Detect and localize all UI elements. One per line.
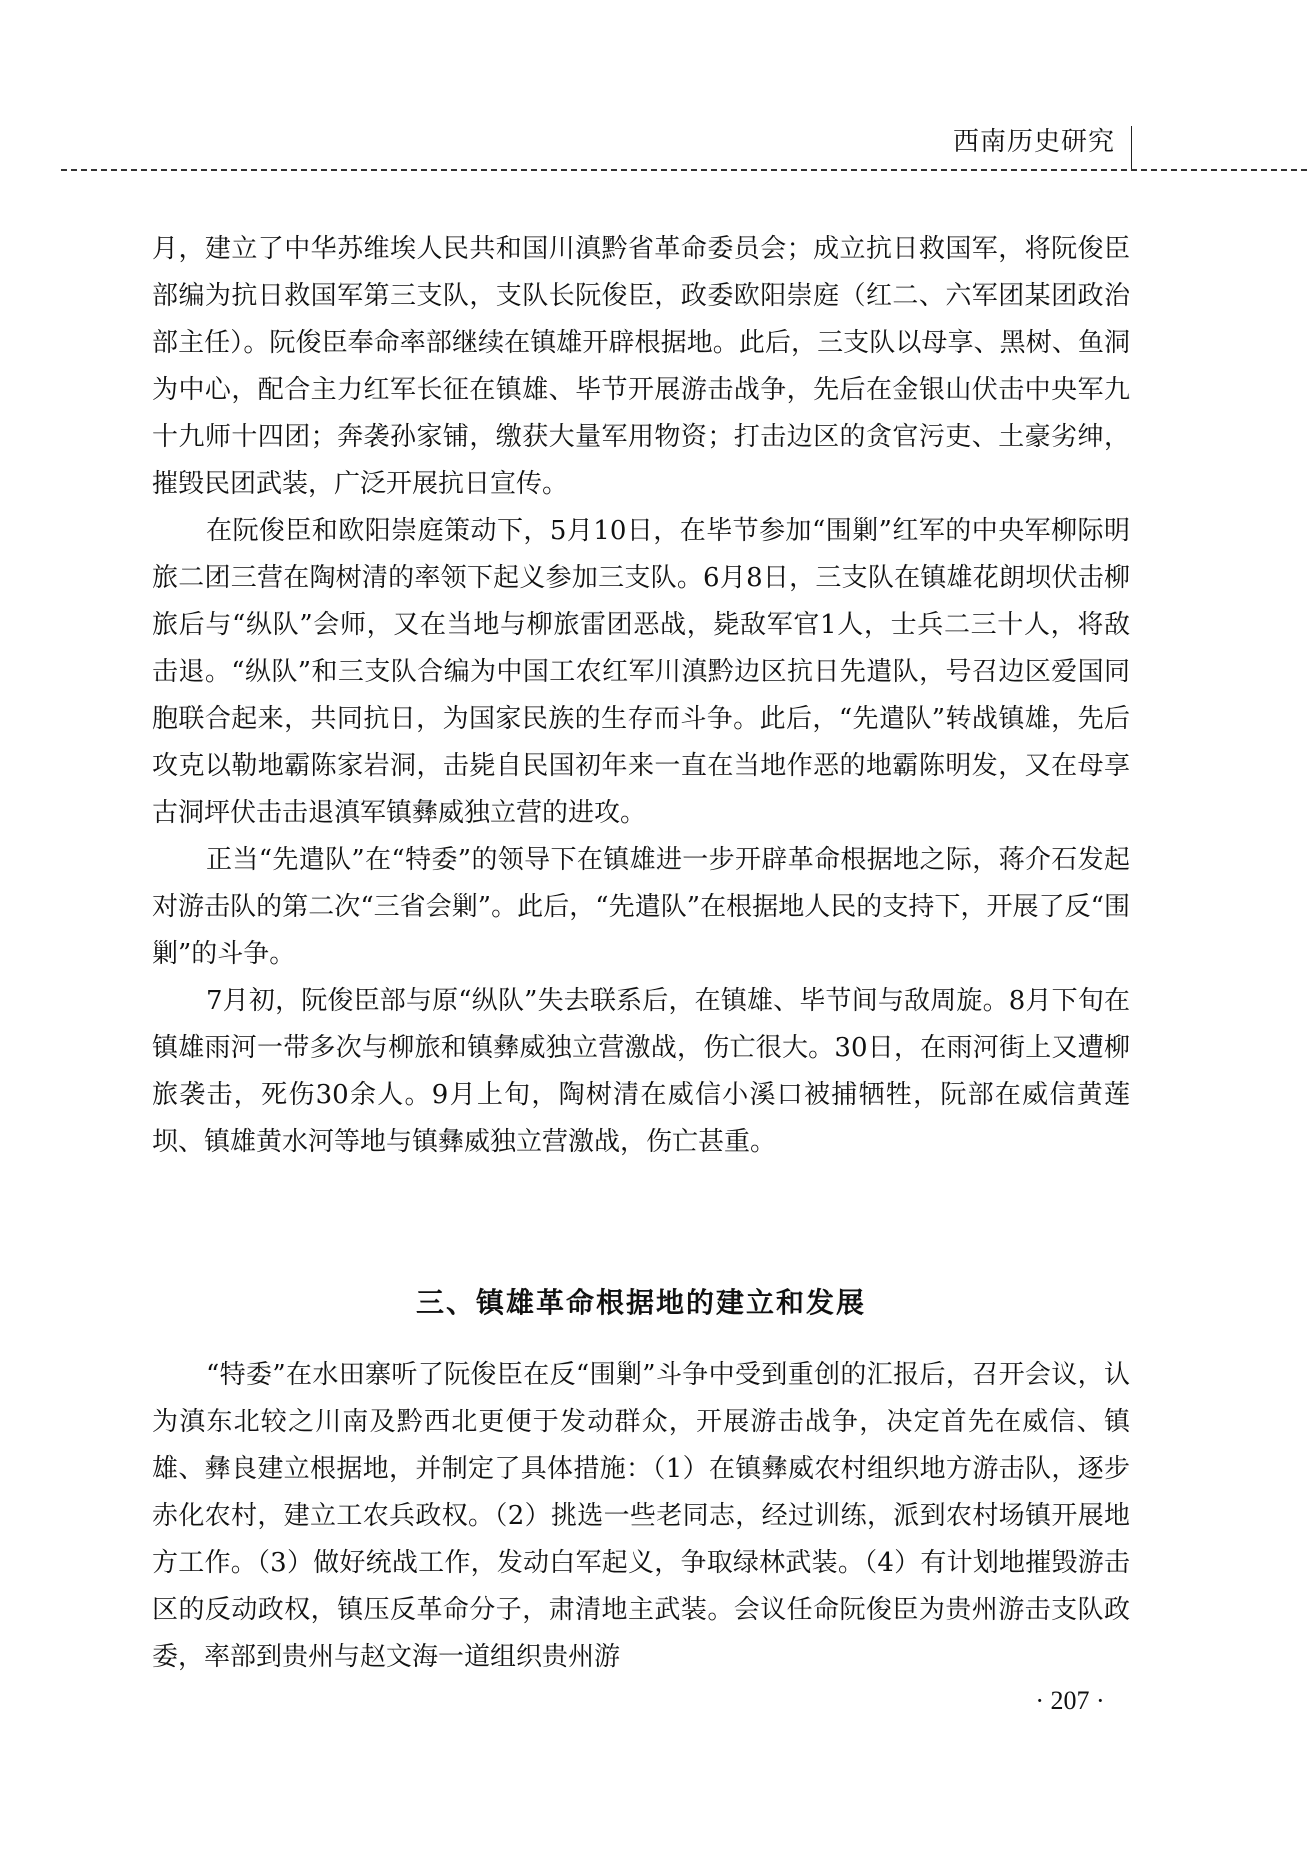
page-number: · 207 · xyxy=(1020,1683,1120,1719)
header-vertical-rule xyxy=(1131,126,1132,170)
journal-title: 西南历史研究 xyxy=(953,124,1115,160)
section-heading: 三、镇雄革命根据地的建立和发展 xyxy=(152,1281,1130,1325)
paragraph: 7月初，阮俊臣部与原“纵队”失去联系后，在镇雄、毕节间与敌周旋。8月下旬在镇雄雨… xyxy=(152,978,1130,1166)
header-dashed-rule xyxy=(61,169,1307,171)
paragraph: 正当“先遣队”在“特委”的领导下在镇雄进一步开辟革命根据地之际，蒋介石发起对游击… xyxy=(152,837,1130,978)
body-text-block-2: “特委”在水田寨听了阮俊臣在反“围剿”斗争中受到重创的汇报后，召开会议，认为滇东… xyxy=(152,1352,1130,1681)
paragraph: 在阮俊臣和欧阳崇庭策动下，5月10日，在毕节参加“围剿”红军的中央军柳际明旅二团… xyxy=(152,508,1130,837)
paragraph-continued: 月，建立了中华苏维埃人民共和国川滇黔省革命委员会；成立抗日救国军，将阮俊臣部编为… xyxy=(152,226,1130,508)
body-text-block-1: 月，建立了中华苏维埃人民共和国川滇黔省革命委员会；成立抗日救国军，将阮俊臣部编为… xyxy=(152,226,1130,1166)
paragraph: “特委”在水田寨听了阮俊臣在反“围剿”斗争中受到重创的汇报后，召开会议，认为滇东… xyxy=(152,1352,1130,1681)
